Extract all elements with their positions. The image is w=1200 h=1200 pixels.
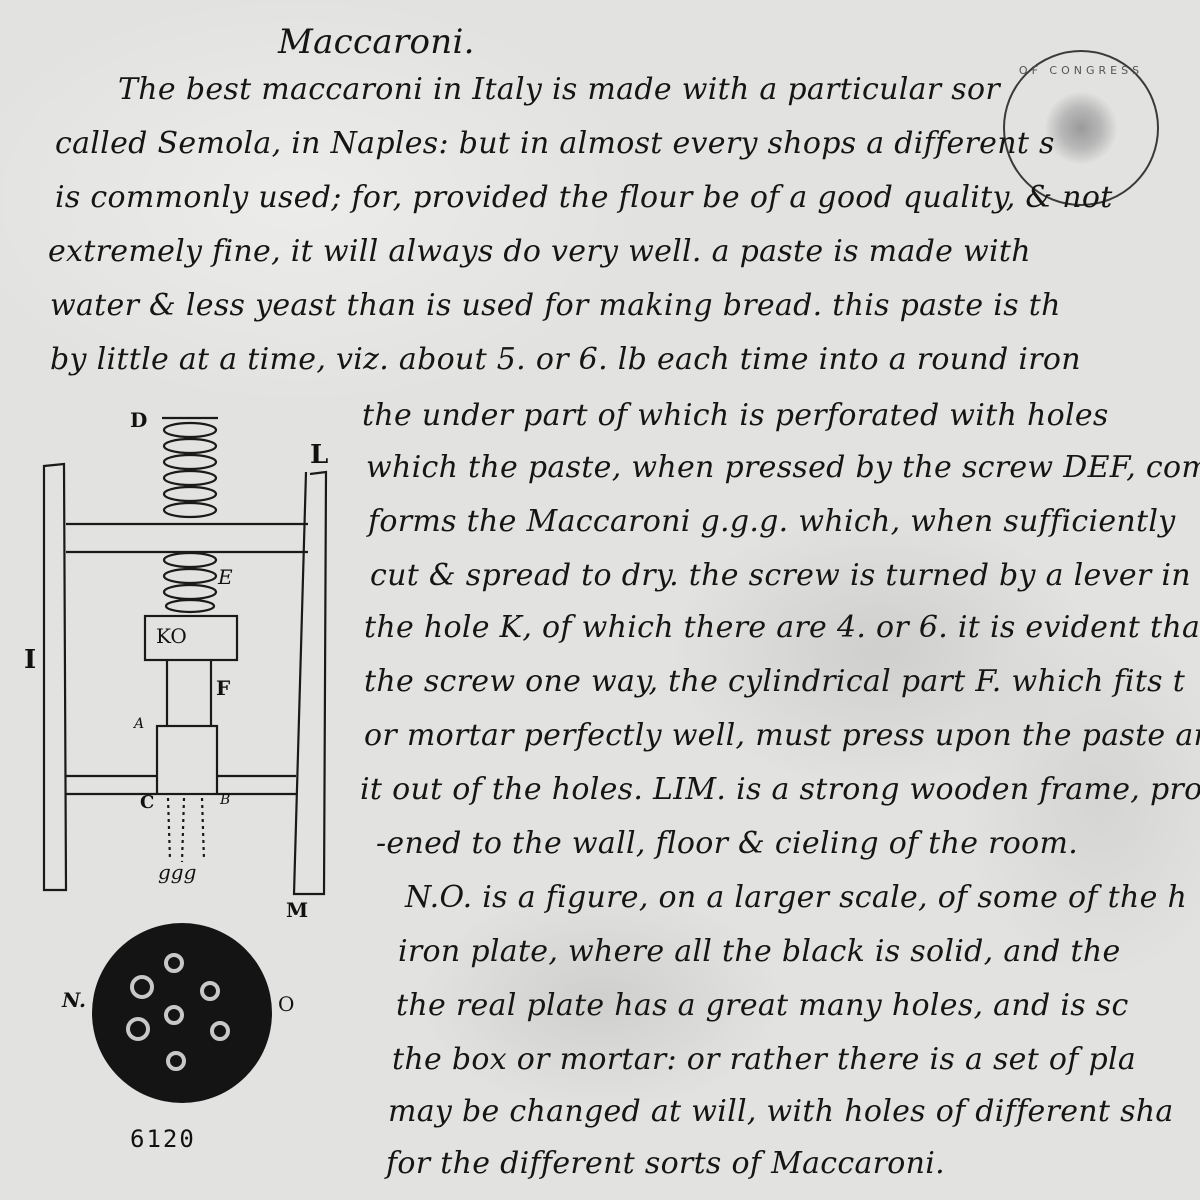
plate-hole: [200, 981, 220, 1001]
figure-label-l: L: [310, 440, 328, 470]
plate-hole: [164, 1005, 184, 1025]
text-line: water & less yeast than is used for maki…: [50, 288, 1061, 323]
text-line: or mortar perfectly well, must press upo…: [364, 718, 1200, 753]
stamp-emblem-icon: [1045, 92, 1117, 164]
catalog-number: 6120: [130, 1125, 196, 1153]
text-line: it out of the holes. LIM. is a strong wo…: [360, 772, 1200, 807]
figure-label-c: C: [140, 792, 154, 813]
perforated-plate-figure: [92, 923, 272, 1103]
text-line: the real plate has a great many holes, a…: [396, 988, 1129, 1023]
plate-hole: [164, 953, 184, 973]
text-line: extremely fine, it will always do very w…: [48, 234, 1031, 269]
text-line: may be changed at will, with holes of di…: [388, 1094, 1174, 1129]
figure-label-o: O: [278, 992, 294, 1016]
stamp-text: OF CONGRESS: [1005, 64, 1157, 77]
text-line: called Semola, in Naples: but in almost …: [55, 126, 1055, 161]
text-line: the hole K, of which there are 4. or 6. …: [364, 610, 1200, 645]
page-title: Maccaroni.: [278, 22, 475, 62]
text-line: iron plate, where all the black is solid…: [398, 934, 1121, 969]
figure-label-b: B: [220, 792, 230, 808]
maccaroni-press-drawing: [0, 400, 350, 900]
figure-label-ggg: ggg: [158, 860, 196, 884]
text-line: which the paste, when pressed by the scr…: [366, 450, 1200, 485]
figure-label-n: N.: [62, 988, 86, 1012]
text-line: -ened to the wall, floor & cieling of th…: [376, 826, 1078, 861]
text-line: forms the Maccaroni g.g.g. which, when s…: [368, 504, 1176, 539]
text-line: the box or mortar: or rather there is a …: [392, 1042, 1136, 1077]
text-line: the screw one way, the cylindrical part …: [364, 664, 1185, 699]
figure-label-d: D: [130, 408, 147, 432]
text-line: The best maccaroni in Italy is made with…: [118, 72, 1000, 107]
figure-label-a: A: [134, 716, 144, 732]
plate-hole: [130, 975, 154, 999]
figure-label-ko: KO: [156, 624, 187, 648]
figure-label-i: I: [24, 645, 36, 675]
text-line: is commonly used; for, provided the flou…: [55, 180, 1113, 215]
figure-label-f: F: [216, 676, 230, 700]
text-line: N.O. is a figure, on a larger scale, of …: [405, 880, 1187, 915]
text-line: the under part of which is perforated wi…: [362, 398, 1109, 433]
text-line: by little at a time, viz. about 5. or 6.…: [50, 342, 1081, 377]
figure-label-m: M: [286, 898, 308, 922]
plate-hole: [210, 1021, 230, 1041]
text-line: cut & spread to dry. the screw is turned…: [370, 558, 1191, 593]
plate-hole: [166, 1051, 186, 1071]
figure-label-e: E: [218, 565, 233, 589]
plate-hole: [126, 1017, 150, 1041]
text-line: for the different sorts of Maccaroni.: [386, 1146, 945, 1181]
